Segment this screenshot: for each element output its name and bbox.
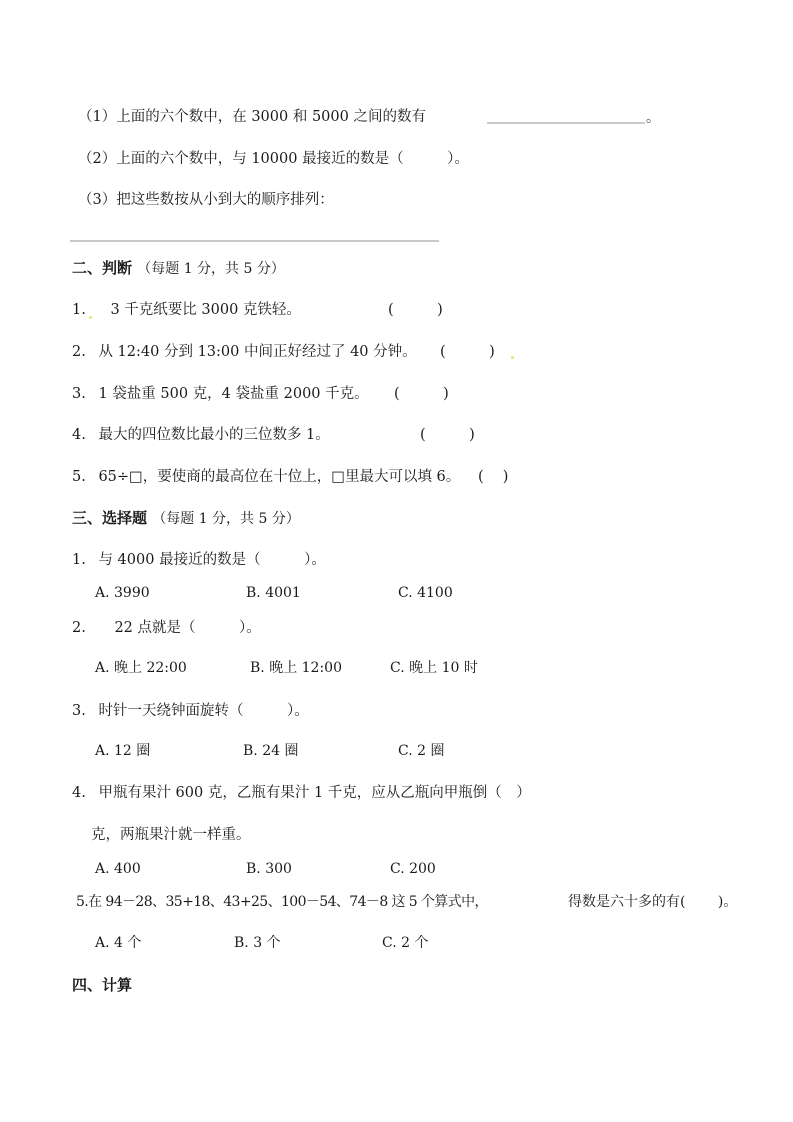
option-b[interactable]: B. 300	[246, 859, 292, 879]
item-number: 2.	[72, 344, 86, 360]
option-a[interactable]: A. 3990	[95, 583, 150, 603]
judge-item-5: 5. 65÷□，要使商的最高位在十位上，□里最大可以填 6。	[72, 467, 460, 487]
answer-blank-1-1[interactable]	[487, 122, 645, 124]
section-3-title: 三、选择题	[72, 509, 147, 527]
item-text: 时针一天绕钟面旋转（ ）。	[98, 703, 308, 719]
option-c[interactable]: C. 晚上 10 时	[390, 658, 478, 678]
option-b[interactable]: B. 24 圈	[243, 741, 298, 761]
item-number: 4.	[72, 785, 86, 801]
item-text: 在 94－28、35+18、43+25、100－54、74－8 这 5 个算式中…	[88, 894, 488, 910]
item-number: 5.	[72, 469, 86, 485]
stray-mark	[89, 316, 92, 319]
item-text: 从 12:40 分到 13:00 中间正好经过了 40 分钟。	[98, 344, 416, 360]
question-1-1: （1）上面的六个数中，在 3000 和 5000 之间的数有	[78, 107, 426, 127]
judge-item-2: 2. 从 12:40 分到 13:00 中间正好经过了 40 分钟。	[72, 342, 417, 362]
option-c[interactable]: C. 2 个	[382, 933, 428, 953]
answer-paren[interactable]: ( )	[388, 300, 443, 320]
item-number: 4.	[72, 427, 86, 443]
option-c[interactable]: C. 200	[390, 859, 436, 879]
judge-item-3: 3. 1 袋盐重 500 克，4 袋盐重 2000 千克。	[72, 384, 369, 404]
option-b[interactable]: B. 晚上 12:00	[250, 658, 342, 678]
judge-item-1: 1. 3 千克纸要比 3000 克铁轻。	[72, 300, 301, 320]
option-a[interactable]: A. 400	[95, 859, 141, 879]
question-1-2: （2）上面的六个数中，与 10000 最接近的数是（ ）。	[78, 149, 469, 169]
answer-paren[interactable]: ( )	[440, 342, 495, 362]
answer-paren[interactable]: ( )	[394, 384, 449, 404]
section-2-score-note: （每题 1 分，共 5 分）	[137, 261, 285, 277]
item-text: 与 4000 最接近的数是（ ）。	[98, 552, 325, 568]
choice-item-2: 2. 22 点就是（ ）。	[72, 618, 261, 638]
stray-mark	[511, 356, 514, 359]
item-number: 3.	[72, 386, 86, 402]
option-a[interactable]: A. 4 个	[95, 933, 141, 953]
option-a[interactable]: A. 晚上 22:00	[95, 658, 187, 678]
section-3-heading: 三、选择题 （每题 1 分，共 5 分）	[72, 508, 300, 529]
question-1-3: （3）把这些数按从小到大的顺序排列：	[78, 190, 334, 210]
item-number: 1.	[72, 552, 86, 568]
option-b[interactable]: B. 3 个	[234, 933, 281, 953]
question-1-1-period: 。	[646, 107, 660, 127]
choice-item-3: 3. 时针一天绕钟面旋转（ ）。	[72, 701, 309, 721]
item-text: 3 千克纸要比 3000 克铁轻。	[110, 302, 300, 318]
item-text: 甲瓶有果汁 600 克，乙瓶有果汁 1 千克，应从乙瓶向甲瓶倒（ ）	[98, 785, 530, 801]
option-b[interactable]: B. 4001	[246, 583, 301, 603]
section-2-heading: 二、判断 （每题 1 分，共 5 分）	[72, 258, 285, 279]
option-a[interactable]: A. 12 圈	[95, 741, 150, 761]
section-3-score-note: （每题 1 分，共 5 分）	[152, 511, 300, 527]
item-number: 3.	[72, 703, 86, 719]
answer-paren[interactable]: ( )	[420, 425, 475, 445]
choice-item-1: 1. 与 4000 最接近的数是（ ）。	[72, 550, 326, 570]
option-c[interactable]: C. 2 圈	[398, 741, 444, 761]
item-number: 1.	[72, 302, 86, 318]
section-4-heading: 四、计算	[72, 975, 132, 995]
choice-item-5: 5.在 94－28、35+18、43+25、100－54、74－8 这 5 个算…	[76, 892, 488, 912]
answer-blank-1-3[interactable]	[70, 240, 439, 242]
choice-item-5-tail: 得数是六十多的有( )。	[568, 892, 737, 912]
item-text: 22 点就是（ ）。	[114, 620, 260, 636]
choice-item-4-continuation: 克，两瓶果汁就一样重。	[91, 825, 251, 845]
item-text: 1 袋盐重 500 克，4 袋盐重 2000 千克。	[98, 386, 368, 402]
choice-item-4: 4. 甲瓶有果汁 600 克，乙瓶有果汁 1 千克，应从乙瓶向甲瓶倒（ ）	[72, 783, 531, 803]
item-number: 2.	[72, 620, 86, 636]
judge-item-4: 4. 最大的四位数比最小的三位数多 1。	[72, 425, 330, 445]
item-number: 5.	[76, 894, 88, 910]
item-text: 65÷□，要使商的最高位在十位上，□里最大可以填 6。	[98, 469, 460, 485]
item-text: 最大的四位数比最小的三位数多 1。	[98, 427, 329, 443]
section-2-title: 二、判断	[72, 259, 132, 277]
option-c[interactable]: C. 4100	[398, 583, 453, 603]
answer-paren[interactable]: ( )	[478, 467, 508, 487]
